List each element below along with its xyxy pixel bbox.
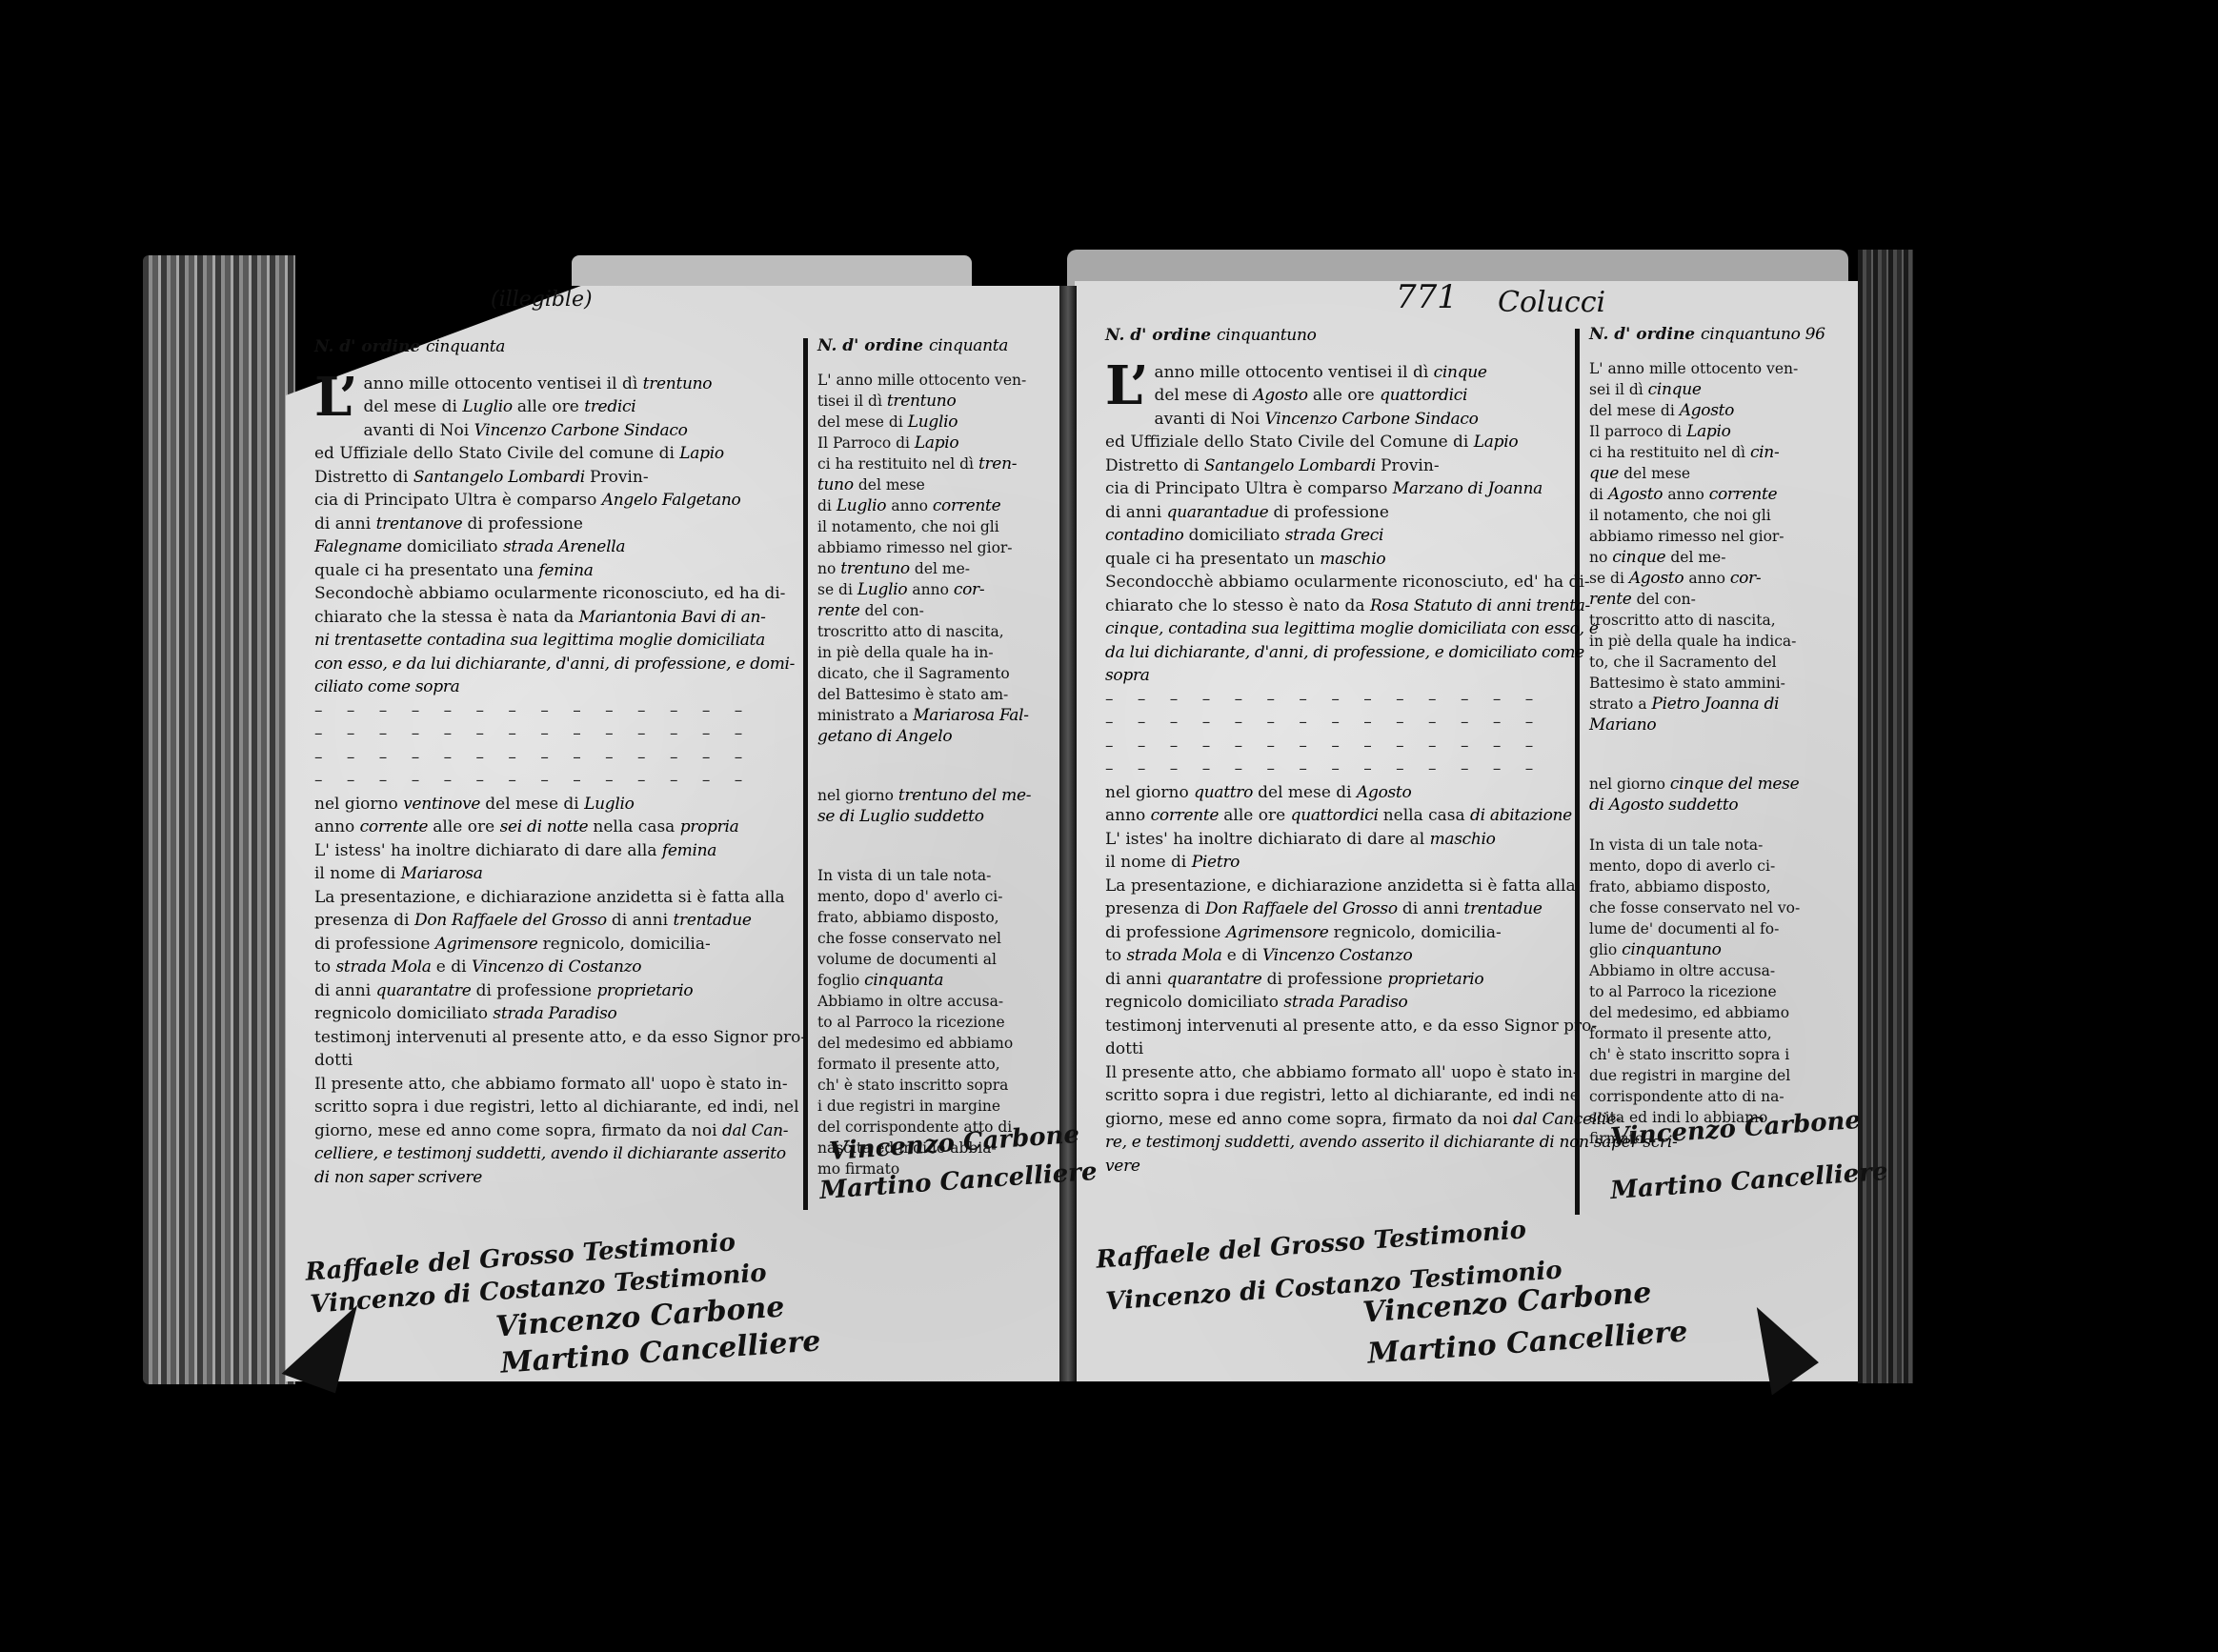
right-main-b-line: giorno, mese ed anno come sopra, firmato… — [1105, 1108, 1572, 1132]
handwritten-entry: maschio — [1430, 830, 1496, 849]
handwritten-entry: Mariantonia Bavi di an- — [579, 608, 766, 627]
left-margin-line: Il Parroco di Lapio — [817, 433, 1060, 453]
printed-text: del mese — [858, 476, 925, 494]
handwritten-entry: tredici — [584, 397, 635, 416]
right-margin-line: no cinque del me- — [1589, 547, 1846, 568]
handwritten-entry: trentuno — [840, 559, 915, 578]
right-margin-line: que del mese — [1589, 463, 1846, 484]
handwritten-entry: Pietro Joanna di — [1652, 695, 1780, 714]
printed-text: cia di Principato Ultra è comparso — [314, 491, 602, 510]
left-margin-c-line: to al Parroco la ricezione — [817, 1012, 1060, 1033]
left-margin-line: troscritto atto di nascita, — [817, 621, 1060, 642]
handwritten-entry: celliere, e testimonj suddetti, avendo i… — [314, 1144, 786, 1163]
printed-text: nel giorno — [1589, 776, 1670, 793]
header-label: N. d' ordine — [1105, 326, 1217, 345]
printed-text: cia di Principato Ultra è comparso — [1105, 479, 1393, 498]
printed-text: il nome di — [1105, 853, 1192, 872]
left-margin-line: di Luglio anno corrente — [817, 495, 1060, 516]
left-main-b-line: L' istess' ha inoltre dichiarato di dare… — [314, 839, 796, 863]
printed-text: alle ore — [1223, 806, 1290, 825]
left-main-b-line: dotti — [314, 1049, 796, 1073]
printed-text: anno mille ottocento ventisei il dì — [1154, 363, 1433, 382]
printed-text: ci ha restituito nel dì — [817, 455, 978, 473]
printed-text: volume de documenti al — [817, 951, 997, 968]
handwritten-entry: ventinove — [403, 795, 485, 814]
handwritten-entry: rente — [817, 601, 865, 620]
left-main-b-line: testimonj intervenuti al presente atto, … — [314, 1026, 796, 1050]
handwritten-entry: Agosto — [1629, 569, 1689, 588]
right-margin-line: Il parroco di Lapio — [1589, 421, 1846, 442]
header-number-handwritten: cinquanta — [929, 336, 1008, 355]
handwritten-entry: contadino — [1105, 526, 1189, 545]
printed-text: i due registri in margine — [817, 1098, 1000, 1115]
left-margin-c-line: ch' è stato inscritto sopra — [817, 1075, 1060, 1096]
handwritten-entry: ciliato come sopra — [314, 677, 459, 696]
handwritten-entry: femina — [538, 561, 593, 580]
printed-text: di anni — [1402, 899, 1464, 918]
right-main-line: cinque, contadina sua legittima moglie d… — [1105, 617, 1572, 641]
right-margin-line: L' anno mille ottocento ven- — [1589, 358, 1846, 379]
handwritten-entry: trentadue — [1463, 899, 1542, 918]
handwritten-entry: quarantadue — [1167, 503, 1274, 522]
handwritten-entry: maschio — [1320, 550, 1385, 569]
handwritten-entry: trentanove — [376, 514, 468, 534]
printed-text: troscritto atto di nascita, — [1589, 612, 1776, 629]
printed-text: anno — [891, 497, 932, 514]
header-label: N. d' ordine — [314, 337, 426, 356]
left-main-b-line: to strada Mola e di Vincenzo di Costanzo — [314, 956, 796, 979]
left-margin-c-line: foglio cinquanta — [817, 970, 1060, 991]
right-margin-line: del mese di Agosto — [1589, 400, 1846, 421]
handwritten-entry: da lui dichiarante, d'anni, di professio… — [1105, 643, 1584, 662]
right-margin-line: to, che il Sacramento del — [1589, 652, 1846, 673]
printed-text: di anni — [314, 981, 376, 1000]
handwritten-entry: quattordici — [1291, 806, 1383, 825]
right-margin-line: Mariano — [1589, 715, 1846, 735]
handwritten-entry: Marzano di Joanna — [1393, 479, 1543, 498]
printed-text: chiarato che lo stesso è nato da — [1105, 596, 1370, 615]
printed-text: to — [1105, 946, 1126, 965]
printed-text: L' anno mille ottocento ven- — [817, 372, 1026, 389]
left-margin-c-line: del medesimo ed abbiamo — [817, 1033, 1060, 1054]
handwritten-entry: sopra — [1105, 666, 1150, 685]
printed-text: L' anno mille ottocento ven- — [1589, 360, 1798, 377]
right-margin-line: abbiamo rimesso nel gior- — [1589, 526, 1846, 547]
handwritten-entry: strada Arenella — [503, 537, 625, 556]
printed-text: e di — [436, 957, 472, 977]
printed-text: alle ore — [517, 397, 584, 416]
handwritten-entry: Falegname — [314, 537, 407, 556]
handwritten-entry: Vincenzo di Costanzo — [472, 957, 641, 977]
handwritten-entry: cinque — [1612, 548, 1670, 567]
handwritten-entry: rente — [1589, 590, 1637, 609]
handwritten-entry: di non saper scrivere — [314, 1168, 482, 1187]
handwritten-entry: Lapio — [679, 444, 723, 463]
printed-text: Distretto di — [1105, 456, 1204, 475]
printed-text: in piè della quale ha indica- — [1589, 633, 1796, 650]
blank-dash-line: – – – – – – – – – – – – – – — [1105, 688, 1572, 712]
printed-text: Il Parroco di — [817, 434, 915, 452]
right-margin-line: strato a Pietro Joanna di — [1589, 694, 1846, 715]
printed-text: del mese di — [817, 413, 908, 431]
handwritten-entry: Vincenzo Costanzo — [1262, 946, 1412, 965]
header-number-digits: 96 — [1805, 325, 1825, 344]
book-page-edges-left — [143, 255, 295, 1384]
printed-text: di anni — [1105, 503, 1167, 522]
handwritten-entry: Lapio — [1686, 422, 1730, 441]
left-margin-line: L' anno mille ottocento ven- — [817, 370, 1060, 391]
printed-text: scritto sopra i due registri, letto al d… — [1105, 1086, 1580, 1105]
left-main-line: ed Uffiziale dello Stato Civile del comu… — [314, 442, 796, 466]
handwritten-entry: Luglio — [857, 580, 913, 599]
handwritten-entry: quarantatre — [1167, 970, 1267, 989]
handwritten-entry: Agosto — [1357, 783, 1411, 802]
handwritten-entry: Agosto — [1253, 386, 1313, 405]
blank-dash-line: – – – – – – – – – – – – – – — [1105, 735, 1572, 758]
handwritten-entry: proprietario — [596, 981, 693, 1000]
printed-text: ministrato a — [817, 707, 913, 724]
header-number-handwritten: cinquanta — [426, 337, 505, 356]
printed-text: presenza di — [1105, 899, 1205, 918]
blank-dash-line: – – – – – – – – – – – – – – — [1105, 711, 1572, 735]
handwritten-entry: quattro — [1194, 783, 1258, 802]
right-main-line: Distretto di Santangelo Lombardi Provin- — [1105, 454, 1572, 478]
handwritten-entry: Agosto — [1680, 401, 1734, 420]
handwritten-entry: Santangelo Lombardi — [1204, 456, 1381, 475]
handwritten-entry: Luglio — [908, 413, 958, 432]
printed-text: di — [1589, 486, 1608, 503]
printed-text: anno — [1667, 486, 1708, 503]
handwritten-entry: quattordici — [1380, 386, 1467, 405]
left-margin-c-line: volume de documenti al — [817, 949, 1060, 970]
printed-text: L' istess' ha inoltre dichiarato di dare… — [314, 841, 662, 860]
handwritten-entry: propria — [680, 817, 739, 836]
printed-text: che fosse conservato nel vo- — [1589, 899, 1800, 917]
printed-text: del me- — [915, 560, 970, 577]
handwritten-entry: Don Raffaele del Grosso — [414, 911, 612, 930]
printed-text: giorno, mese ed anno come sopra, firmato… — [1105, 1110, 1513, 1129]
right-main-b-line: di professione Agrimensore regnicolo, do… — [1105, 921, 1572, 945]
left-main-line: cia di Principato Ultra è comparso Angel… — [314, 489, 796, 513]
printed-text: In vista di un tale nota- — [817, 867, 991, 884]
right-margin-c-line: In vista di un tale nota- — [1589, 835, 1846, 856]
handwritten-entry: Agosto — [1608, 485, 1668, 504]
column-divider-left — [803, 338, 808, 1210]
handwritten-entry: cinquantuno — [1622, 940, 1722, 959]
right-margin-c-line: due registri in margine del — [1589, 1065, 1846, 1086]
handwritten-entry: strada Paradiso — [1283, 993, 1407, 1012]
right-main-line: di anni quarantadue di professione — [1105, 501, 1572, 525]
printed-text: ci ha restituito nel dì — [1589, 444, 1750, 461]
printed-text: anno — [1688, 570, 1729, 587]
left-margin-line: abbiamo rimesso nel gior- — [817, 537, 1060, 558]
printed-text: se di — [1589, 570, 1629, 587]
left-main-b-line: La presentazione, e dichiarazione anzide… — [314, 886, 796, 910]
handwritten-entry: strada Mola — [335, 957, 435, 977]
printed-text: del mese di — [1258, 783, 1357, 802]
handwritten-entry: con esso, e da lui dichiarante, d'anni, … — [314, 655, 795, 674]
left-margin-line: ci ha restituito nel dì tren- — [817, 453, 1060, 474]
handwritten-entry: strada Greci — [1285, 526, 1383, 545]
right-main-line: ed Uffiziale dello Stato Civile del Comu… — [1105, 431, 1572, 454]
handwritten-entry: Mariano — [1589, 715, 1656, 735]
printed-text: di anni — [1105, 970, 1167, 989]
left-margin-line: rente del con- — [817, 600, 1060, 621]
right-margin-c-line: glio cinquantuno — [1589, 939, 1846, 960]
handwritten-entry: Vincenzo Carbone Sindaco — [1265, 410, 1479, 429]
left-main-line: anno mille ottocento ventisei il dì tren… — [314, 373, 796, 396]
blank-dash-line: – – – – – – – – – – – – – – — [1105, 757, 1572, 781]
handwritten-entry: trentuno — [887, 392, 957, 411]
right-main-b-line: dotti — [1105, 1038, 1572, 1061]
right-main-act: N. d' ordine cinquantuno L’anno mille ot… — [1105, 324, 1572, 1178]
handwritten-entry: Pietro — [1192, 853, 1240, 872]
printed-text: anno — [912, 581, 953, 598]
printed-text: di professione — [476, 981, 597, 1000]
handwritten-entry: cinque — [1434, 363, 1487, 382]
page-number: 771 — [1396, 278, 1458, 316]
handwritten-entry: femina — [662, 841, 716, 860]
printed-text: se di — [817, 581, 857, 598]
left-main-line: di anni trentanove di professione — [314, 513, 796, 536]
handwritten-entry: trentuno — [643, 374, 713, 393]
book-page-edges-right — [1858, 250, 1913, 1383]
left-main-line: Distretto di Santangelo Lombardi Provin- — [314, 466, 796, 490]
handwritten-entry: trentuno del me- — [898, 786, 1031, 805]
right-main-b-line: nel giorno quattro del mese di Agosto — [1105, 781, 1572, 805]
left-margin-c-line: mento, dopo d' averlo ci- — [817, 886, 1060, 907]
printed-text: di anni — [314, 514, 376, 534]
printed-text: abbiamo rimesso nel gior- — [1589, 528, 1784, 545]
handwritten-entry: di Agosto suddetto — [1589, 796, 1738, 815]
printed-text: in piè della quale ha in- — [817, 644, 994, 661]
left-margin-c-line: In vista di un tale nota- — [817, 865, 1060, 886]
printed-text: avanti di Noi — [1154, 410, 1264, 429]
handwritten-entry: se di Luglio suddetto — [817, 807, 984, 826]
blank-dash-line: – – – – – – – – – – – – – – — [314, 722, 796, 746]
printed-text: domiciliato — [1189, 526, 1285, 545]
blank-dash-line: – – – – – – – – – – – – – – — [314, 746, 796, 770]
handwritten-entry: corrente — [360, 817, 434, 836]
printed-text: due registri in margine del — [1589, 1067, 1790, 1084]
left-margin-line: se di Luglio anno cor- — [817, 579, 1060, 600]
printed-text: chiarato che la stessa è nata da — [314, 608, 579, 627]
printed-text: del medesimo ed abbiamo — [817, 1035, 1013, 1052]
printed-text: La presentazione, e dichiarazione anzide… — [314, 888, 785, 907]
right-margin-c-line: Abbiamo in oltre accusa- — [1589, 960, 1846, 981]
printed-text: presenza di — [314, 911, 414, 930]
left-main-b-line: Il presente atto, che abbiamo formato al… — [314, 1073, 796, 1097]
printed-text: del Battesimo è stato am- — [817, 686, 1008, 703]
right-margin-c-line: lume de' documenti al fo- — [1589, 918, 1846, 939]
left-margin-line: tisei il dì trentuno — [817, 391, 1060, 412]
left-main-line: ciliato come sopra — [314, 675, 796, 699]
right-main-b-line: presenza di Don Raffaele del Grosso di a… — [1105, 897, 1572, 921]
left-main-b-line: il nome di Mariarosa — [314, 862, 796, 886]
handwritten-entry: cinque, contadina sua legittima moglie d… — [1105, 619, 1599, 638]
right-main-line: anno mille ottocento ventisei il dì cinq… — [1105, 361, 1572, 385]
printed-text: foglio — [817, 972, 864, 989]
left-margin-line: tuno del mese — [817, 474, 1060, 495]
right-main-b-line: di anni quarantatre di professione propr… — [1105, 968, 1572, 992]
left-main-b-line: di professione Agrimensore regnicolo, do… — [314, 933, 796, 957]
printed-text: di — [817, 497, 837, 514]
printed-text: nel giorno — [1105, 783, 1194, 802]
left-main-b-line: di non saper scrivere — [314, 1166, 796, 1190]
printed-text: dotti — [314, 1051, 353, 1070]
printed-text: nella casa — [593, 817, 679, 836]
right-main-b-line: to strada Mola e di Vincenzo Costanzo — [1105, 944, 1572, 968]
printed-text: il notamento, che noi gli — [817, 518, 999, 535]
left-margin-line: in piè della quale ha in- — [817, 642, 1060, 663]
right-margin-b-line: di Agosto suddetto — [1589, 795, 1846, 816]
handwritten-entry: cinque del mese — [1670, 775, 1799, 794]
handwritten-entry: cor- — [954, 580, 984, 599]
printed-text: L' istes' ha inoltre dichiarato di dare … — [1105, 830, 1430, 849]
right-main-b-line: il nome di Pietro — [1105, 851, 1572, 875]
printed-text: dotti — [1105, 1039, 1143, 1058]
right-main-b-line: vere — [1105, 1155, 1572, 1179]
left-main-line: Secondochè abbiamo ocularmente riconosci… — [314, 582, 796, 606]
header-label: N. d' ordine — [1589, 325, 1701, 344]
printed-text: Il parroco di — [1589, 423, 1686, 440]
handwritten-entry: proprietario — [1387, 970, 1483, 989]
drop-cap: L’ — [314, 374, 357, 420]
printed-text: che fosse conservato nel — [817, 930, 1001, 947]
right-margin-c-line: del medesimo, ed abbiamo — [1589, 1002, 1846, 1023]
right-main-line: cia di Principato Ultra è comparso Marza… — [1105, 477, 1572, 501]
handwritten-entry: Don Raffaele del Grosso — [1205, 899, 1402, 918]
right-main-line: da lui dichiarante, d'anni, di professio… — [1105, 641, 1572, 665]
printed-text: del con- — [865, 602, 924, 619]
right-main-b-line: regnicolo domiciliato strada Paradiso — [1105, 991, 1572, 1015]
left-main-line: Falegname domiciliato strada Arenella — [314, 535, 796, 559]
printed-text: regnicolo, domicilia- — [1334, 923, 1502, 942]
printed-text: to al Parroco la ricezione — [817, 1014, 1005, 1031]
handwritten-entry: sei di notte — [500, 817, 594, 836]
handwritten-entry: Mariarosa — [401, 864, 483, 883]
printed-text: mento, dopo di averlo ci- — [1589, 857, 1775, 875]
right-margin-b-line: nel giorno cinque del mese — [1589, 774, 1846, 795]
handwritten-entry: Luglio — [462, 397, 517, 416]
printed-text: alle ore — [433, 817, 499, 836]
left-main-b-line: presenza di Don Raffaele del Grosso di a… — [314, 909, 796, 933]
printed-text: quale ci ha presentato una — [314, 561, 538, 580]
printed-text: anno — [314, 817, 360, 836]
printed-text: del mese di — [485, 795, 584, 814]
handwritten-entry: corrente — [1709, 485, 1778, 504]
printed-text: Distretto di — [314, 468, 413, 487]
printed-text: dicato, che il Sagramento — [817, 665, 1010, 682]
act-number-header: N. d' ordine cinquanta — [817, 335, 1060, 356]
printed-text: di professione — [1267, 970, 1388, 989]
handwritten-entry: Luglio — [837, 496, 892, 515]
right-margin-c-line: ch' è stato inscritto sopra i — [1589, 1044, 1846, 1065]
printed-text: lume de' documenti al fo- — [1589, 920, 1779, 937]
printed-text: strato a — [1589, 695, 1652, 713]
right-margin-line: sei il dì cinque — [1589, 379, 1846, 400]
handwritten-entry: dal Can- — [722, 1121, 788, 1140]
left-margin-c-line: Abbiamo in oltre accusa- — [817, 991, 1060, 1012]
left-main-b-line: di anni quarantatre di professione propr… — [314, 979, 796, 1003]
surname-note: Colucci — [1498, 286, 1605, 319]
right-main-line: sopra — [1105, 664, 1572, 688]
printed-text: ch' è stato inscritto sopra — [817, 1077, 1008, 1094]
printed-text: del mese di — [1589, 402, 1680, 419]
printed-text: anno — [1105, 806, 1151, 825]
left-margin-line: dicato, che il Sagramento — [817, 663, 1060, 684]
printed-text: no — [1589, 549, 1612, 566]
right-main-line: chiarato che lo stesso è nato da Rosa St… — [1105, 594, 1572, 618]
handwritten-entry: Santangelo Lombardi — [413, 468, 590, 487]
handwritten-entry: corrente — [1151, 806, 1224, 825]
header-label: N. d' ordine — [817, 336, 929, 355]
right-main-b-line: anno corrente alle ore quattordici nella… — [1105, 804, 1572, 828]
printed-text: La presentazione, e dichiarazione anzide… — [1105, 876, 1576, 896]
left-main-line: avanti di Noi Vincenzo Carbone Sindaco — [314, 419, 796, 443]
left-main-b-line: celliere, e testimonj suddetti, avendo i… — [314, 1142, 796, 1166]
printed-text: di professione — [1105, 923, 1226, 942]
printed-text: testimonj intervenuti al presente atto, … — [1105, 1017, 1597, 1036]
printed-text: quale ci ha presentato un — [1105, 550, 1320, 569]
printed-text: avanti di Noi — [363, 421, 474, 440]
left-margin-b-line: se di Luglio suddetto — [817, 806, 1060, 827]
printed-text: nella casa — [1383, 806, 1470, 825]
right-margin-c-line: mento, dopo di averlo ci- — [1589, 856, 1846, 876]
printed-text: In vista di un tale nota- — [1589, 836, 1763, 854]
handwritten-entry: Angelo Falgetano — [602, 491, 741, 510]
printed-text: alle ore — [1313, 386, 1380, 405]
printed-text: no — [817, 560, 840, 577]
left-main-line: del mese di Luglio alle ore tredici — [314, 395, 796, 419]
printed-text: di professione — [1273, 503, 1388, 522]
printed-text: Abbiamo in oltre accusa- — [817, 993, 1003, 1010]
handwritten-entry: getano di Angelo — [817, 727, 952, 746]
printed-text: to — [314, 957, 335, 977]
printed-text: Battesimo è stato ammini- — [1589, 675, 1785, 692]
right-margin-act: N. d' ordine cinquantuno 96 L' anno mill… — [1589, 324, 1846, 1149]
printed-text: Abbiamo in oltre accusa- — [1589, 962, 1775, 979]
left-margin-c-line: formato il presente atto, — [817, 1054, 1060, 1075]
left-main-b-line: scritto sopra i due registri, letto al d… — [314, 1096, 796, 1119]
handwritten-entry: vere — [1105, 1157, 1140, 1176]
paper-flap-left — [572, 255, 972, 286]
handwritten-entry: Lapio — [1474, 433, 1518, 452]
printed-text: Provin- — [1381, 456, 1440, 475]
handwritten-entry: cinque — [1648, 380, 1702, 399]
printed-text: Secondochè abbiamo ocularmente riconosci… — [314, 584, 785, 603]
printed-text: Il presente atto, che abbiamo formato al… — [314, 1075, 788, 1094]
handwritten-entry: Rosa Statuto di anni trenta- — [1370, 596, 1590, 615]
left-main-line: con esso, e da lui dichiarante, d'anni, … — [314, 653, 796, 676]
printed-text: ch' è stato inscritto sopra i — [1589, 1046, 1789, 1063]
right-margin-c-line: corrispondente atto di na- — [1589, 1086, 1846, 1107]
left-main-b-line: anno corrente alle ore sei di notte nell… — [314, 816, 796, 839]
left-margin-line: getano di Angelo — [817, 726, 1060, 747]
printed-text: Il presente atto, che abbiamo formato al… — [1105, 1063, 1579, 1082]
handwritten-entry: corrente — [933, 496, 1001, 515]
printed-text: del me- — [1670, 549, 1725, 566]
right-main-line: Secondocchè abbiamo ocularmente riconosc… — [1105, 571, 1572, 594]
printed-text: sei il dì — [1589, 381, 1648, 398]
right-margin-c-line: che fosse conservato nel vo- — [1589, 897, 1846, 918]
right-main-line: contadino domiciliato strada Greci — [1105, 524, 1572, 548]
printed-text: formato il presente atto, — [1589, 1025, 1772, 1042]
left-margin-c-line: frato, abbiamo disposto, — [817, 907, 1060, 928]
left-main-b-line: giorno, mese ed anno come sopra, firmato… — [314, 1119, 796, 1143]
left-main-line: quale ci ha presentato una femina — [314, 559, 796, 583]
printed-text: ed Uffiziale dello Stato Civile del comu… — [314, 444, 679, 463]
